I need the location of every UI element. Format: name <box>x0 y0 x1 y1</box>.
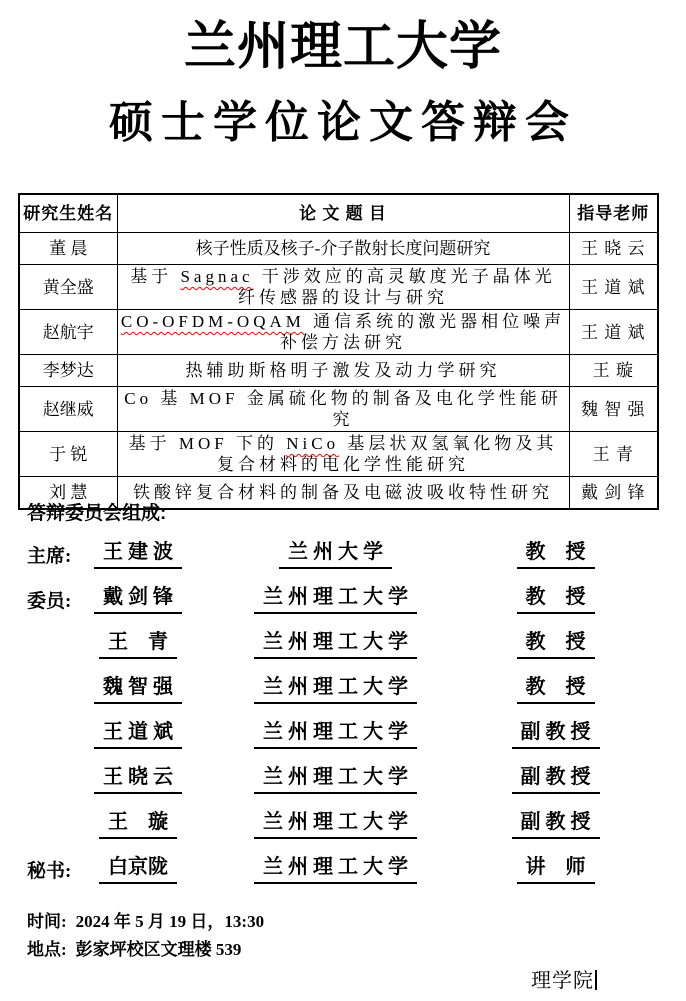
member-affiliation: 兰 州 理 工 大 学 <box>254 631 417 659</box>
time-label: 时间: <box>27 912 67 931</box>
thesis-title-cell: Co 基 MOF 金属硫化物的制备及电化学性能研究 <box>117 387 569 432</box>
col-header-thesis-title: 论 文 题 目 <box>117 194 569 233</box>
member-rank: 教 授 <box>517 631 595 659</box>
advisor-cell: 王 道 斌 <box>569 310 658 355</box>
member-affiliation: 兰 州 理 工 大 学 <box>254 676 417 704</box>
member-name: 王 道 斌 <box>94 721 182 749</box>
member-rank: 副 教 授 <box>512 811 600 839</box>
signature: 理学院 <box>531 964 597 993</box>
col-header-advisor: 指导老师 <box>569 194 658 233</box>
committee-row: 王 道 斌 兰 州 理 工 大 学 副 教 授 <box>27 712 672 757</box>
committee-heading: 答辩委员会组成: <box>27 498 166 525</box>
page-title: 硕士学位论文答辩会 <box>0 86 686 150</box>
member-name: 王 建 波 <box>94 541 182 569</box>
thesis-title-cell: 基于 Sagnac 干涉效应的高灵敏度光子晶体光纤传感器的设计与研究 <box>117 265 569 310</box>
defense-table: 研究生姓名 论 文 题 目 指导老师 董 晨 核子性质及核子-介子散射长度问题研… <box>18 193 659 510</box>
signature-text: 理学院 <box>531 970 594 992</box>
table-row: 赵继威 Co 基 MOF 金属硫化物的制备及电化学性能研究 魏 智 强 <box>19 387 658 432</box>
student-name-cell: 黄全盛 <box>19 265 117 310</box>
member-name: 王 青 <box>99 631 177 659</box>
committee-list: 主席: 王 建 波 兰 州 大 学 教 授 委员: 戴 剑 锋 兰 州 理 工 … <box>27 532 672 892</box>
table-row: 于 锐 基于 MOF 下的 NiCo 基层状双氢氧化物及其复合材料的电化学性能研… <box>19 432 658 477</box>
member-rank: 教 授 <box>517 586 595 614</box>
table-row: 黄全盛 基于 Sagnac 干涉效应的高灵敏度光子晶体光纤传感器的设计与研究 王… <box>19 265 658 310</box>
event-details: 时间:2024 年 5 月 19 日，13:30 地点:彭家坪校区文理楼 539 <box>27 908 264 964</box>
committee-row: 主席: 王 建 波 兰 州 大 学 教 授 <box>27 532 672 577</box>
thesis-title-text: Co 基 MOF 金属硫化物的制备及电化学性能研究 <box>124 389 561 429</box>
student-name-cell: 董 晨 <box>19 233 117 265</box>
place-line: 地点:彭家坪校区文理楼 539 <box>27 936 264 964</box>
thesis-title-text: 基于 <box>130 267 180 286</box>
member-affiliation: 兰 州 理 工 大 学 <box>254 721 417 749</box>
member-name: 王 晓 云 <box>94 766 182 794</box>
member-rank: 教 授 <box>517 541 595 569</box>
student-name-cell: 赵航宇 <box>19 310 117 355</box>
member-rank: 讲 师 <box>517 856 595 884</box>
time-line: 时间:2024 年 5 月 19 日，13:30 <box>27 908 264 936</box>
thesis-title-cell: CO-OFDM-OQAM 通信系统的激光器相位噪声补偿方法研究 <box>117 310 569 355</box>
student-name-cell: 于 锐 <box>19 432 117 477</box>
student-name-cell: 李梦达 <box>19 355 117 387</box>
advisor-cell: 王 晓 云 <box>569 233 658 265</box>
thesis-title-text: 干涉效应的高灵敏度光子晶体光纤传感器的设计与研究 <box>238 267 556 307</box>
member-rank: 教 授 <box>517 676 595 704</box>
thesis-title-cell: 基于 MOF 下的 NiCo 基层状双氢氧化物及其复合材料的电化学性能研究 <box>117 432 569 477</box>
member-rank: 副 教 授 <box>512 766 600 794</box>
member-affiliation: 兰 州 理 工 大 学 <box>254 766 417 794</box>
member-name: 白京陇 <box>99 856 177 884</box>
place-value: 彭家坪校区文理楼 539 <box>76 940 242 959</box>
advisor-cell: 魏 智 强 <box>569 387 658 432</box>
member-affiliation: 兰 州 理 工 大 学 <box>254 811 417 839</box>
text-cursor <box>595 970 597 990</box>
university-title: 兰州理工大学 <box>0 4 686 79</box>
table-row: 董 晨 核子性质及核子-介子散射长度问题研究 王 晓 云 <box>19 233 658 265</box>
thesis-title-text: 通信系统的激光器相位噪声补偿方法研究 <box>280 312 565 352</box>
advisor-cell: 王 道 斌 <box>569 265 658 310</box>
thesis-title-cell: 铁酸锌复合材料的制备及电磁波吸收特性研究 <box>117 477 569 510</box>
place-label: 地点: <box>27 940 67 959</box>
thesis-title-cell: 核子性质及核子-介子散射长度问题研究 <box>117 233 569 265</box>
student-name-cell: 赵继威 <box>19 387 117 432</box>
advisor-cell: 王 璇 <box>569 355 658 387</box>
committee-row: 王 晓 云 兰 州 理 工 大 学 副 教 授 <box>27 757 672 802</box>
member-affiliation: 兰 州 理 工 大 学 <box>254 856 417 884</box>
committee-row: 魏 智 强 兰 州 理 工 大 学 教 授 <box>27 667 672 712</box>
misspelled-term: CO-OFDM-OQAM <box>121 312 305 331</box>
thesis-title-cell: 热辅助斯格明子激发及动力学研究 <box>117 355 569 387</box>
advisor-cell: 王 青 <box>569 432 658 477</box>
member-rank: 副 教 授 <box>512 721 600 749</box>
thesis-title-text: 核子性质及核子-介子散射长度问题研究 <box>196 239 491 258</box>
misspelled-term: Sagnac <box>180 267 253 286</box>
committee-row: 委员: 戴 剑 锋 兰 州 理 工 大 学 教 授 <box>27 577 672 622</box>
member-name: 王 璇 <box>99 811 177 839</box>
thesis-title-text: 基于 MOF 下的 <box>129 434 287 453</box>
col-header-student-name: 研究生姓名 <box>19 194 117 233</box>
committee-row: 秘书: 白京陇 兰 州 理 工 大 学 讲 师 <box>27 847 672 892</box>
advisor-cell: 戴 剑 锋 <box>569 477 658 510</box>
member-name: 魏 智 强 <box>94 676 182 704</box>
role-label: 秘书: <box>27 856 88 883</box>
thesis-title-text: 铁酸锌复合材料的制备及电磁波吸收特性研究 <box>133 483 553 502</box>
member-affiliation: 兰 州 理 工 大 学 <box>254 586 417 614</box>
table-row: 李梦达 热辅助斯格明子激发及动力学研究 王 璇 <box>19 355 658 387</box>
committee-row: 王 璇 兰 州 理 工 大 学 副 教 授 <box>27 802 672 847</box>
thesis-title-text: 热辅助斯格明子激发及动力学研究 <box>186 361 501 380</box>
table-header-row: 研究生姓名 论 文 题 目 指导老师 <box>19 194 658 233</box>
document-page: 兰州理工大学 硕士学位论文答辩会 研究生姓名 论 文 题 目 指导老师 董 晨 … <box>0 0 686 1001</box>
member-affiliation: 兰 州 大 学 <box>279 541 392 569</box>
committee-row: 王 青 兰 州 理 工 大 学 教 授 <box>27 622 672 667</box>
misspelled-term: NiCo <box>286 434 339 453</box>
role-label: 主席: <box>27 541 88 568</box>
role-label: 委员: <box>27 586 88 613</box>
time-value: 2024 年 5 月 19 日，13:30 <box>76 912 264 931</box>
table-row: 赵航宇 CO-OFDM-OQAM 通信系统的激光器相位噪声补偿方法研究 王 道 … <box>19 310 658 355</box>
member-name: 戴 剑 锋 <box>94 586 182 614</box>
